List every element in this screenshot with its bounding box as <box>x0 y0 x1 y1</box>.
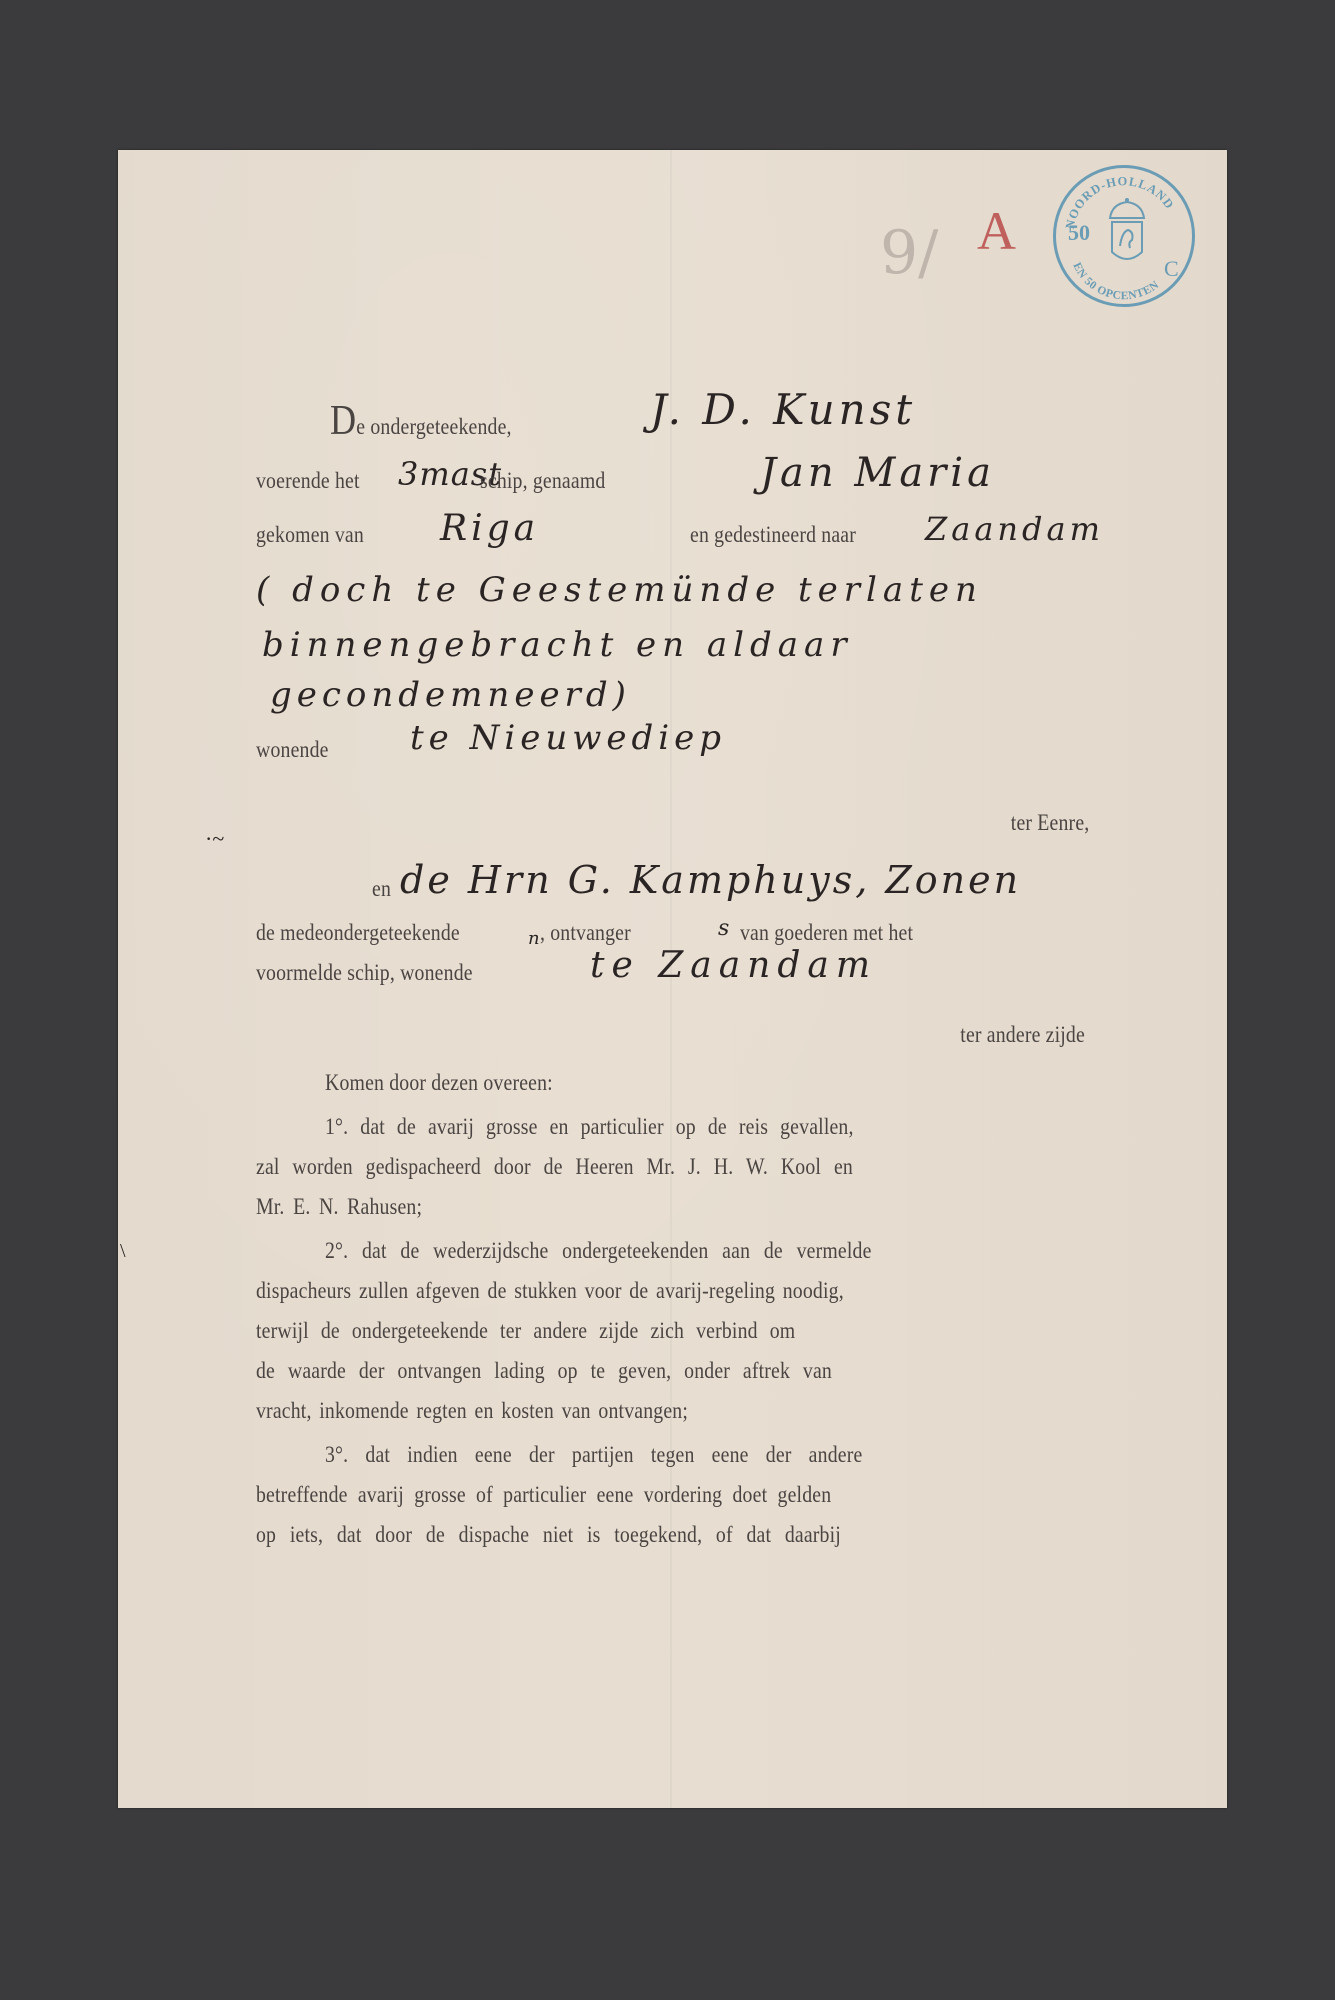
clause-2-line-3: terwijl de ondergeteekende ter andere zi… <box>256 1318 795 1344</box>
handwritten-recipient-residence: te Zaandam <box>590 945 877 986</box>
crown-lion-crest-icon <box>1102 196 1152 276</box>
ink-mark: ·~ <box>205 826 224 852</box>
stamp-unit: C. <box>1164 256 1184 282</box>
clause-3-line-3: op iets, dat door de dispache niet is to… <box>256 1522 841 1548</box>
handwritten-origin: Riga <box>440 508 539 549</box>
printed-text-wonende: wonende <box>256 737 329 763</box>
printed-text-ter-andere-zijde: ter andere zijde <box>960 1022 1085 1048</box>
clause-2-line-4: de waarde der ontvangen lading op te gev… <box>256 1358 832 1384</box>
printed-text-goederen: van goederen met het <box>740 920 913 946</box>
handwritten-ship-name: Jan Maria <box>760 450 995 496</box>
agreement-intro: Komen door dezen overeen: <box>325 1070 553 1096</box>
red-letter-mark: A <box>977 200 1016 262</box>
printed-text-schip: schip, genaamd <box>480 468 605 494</box>
dropcap: D <box>330 398 356 444</box>
clause-1-line-2: zal worden gedispacheerd door de Heeren … <box>256 1154 853 1180</box>
handwritten-captain-name: J. D. Kunst <box>650 385 916 434</box>
printed-text-voormelde: voormelde schip, wonende <box>256 960 473 986</box>
printed-text-voerende: voerende het <box>256 468 360 494</box>
printed-text-gekomen: gekomen van <box>256 522 364 548</box>
handwritten-plural-s: s <box>718 916 729 941</box>
printed-text-medeondergeteekende: de medeondergeteekende <box>256 920 460 946</box>
handwritten-recipient-name: de Hrn G. Kamphuys, Zonen <box>400 858 1021 902</box>
printed-text-en: en <box>372 876 391 902</box>
handwritten-note-line-2: binnengebracht en aldaar <box>262 625 853 665</box>
margin-ink-mark: \ <box>120 1240 126 1263</box>
tax-stamp: NOORD-HOLLAND EN 50 OPCENTEN 50 C. <box>1053 165 1195 307</box>
clause-1-line-1: 1°. dat de avarij grosse en particulier … <box>325 1114 854 1140</box>
clause-1-line-3: Mr. E. N. Rahusen; <box>256 1194 422 1220</box>
intro-line: De ondergeteekende, <box>330 400 512 442</box>
clause-2-line-1: 2°. dat de wederzijdsche ondergeteekende… <box>325 1238 872 1264</box>
handwritten-note-line-1: ( doch te Geestemünde terlaten <box>256 570 983 610</box>
handwritten-plural-n: n <box>528 928 540 949</box>
clause-3-line-1: 3°. dat indien eene der partijen tegen e… <box>325 1442 862 1468</box>
handwritten-note-line-3: gecondemneerd) <box>270 675 631 715</box>
clause-2-line-2: dispacheurs zullen afgeven de stukken vo… <box>256 1278 844 1304</box>
handwritten-residence: te Nieuwediep <box>410 718 726 758</box>
handwritten-destination: Zaandam <box>925 510 1104 548</box>
printed-text: e ondergeteekende, <box>356 414 511 439</box>
clause-3-line-2: betreffende avarij grosse of particulier… <box>256 1482 831 1508</box>
stamp-value: 50 <box>1068 220 1090 246</box>
clause-2-line-5: vracht, inkomende regten en kosten van o… <box>256 1398 688 1424</box>
printed-text-gedestineerd: en gedestineerd naar <box>690 522 856 548</box>
pencil-mark: 9/ <box>880 218 938 288</box>
printed-text-ontvanger: , ontvanger <box>540 920 631 946</box>
printed-text-ter-eenre: ter Eenre, <box>1010 810 1089 836</box>
